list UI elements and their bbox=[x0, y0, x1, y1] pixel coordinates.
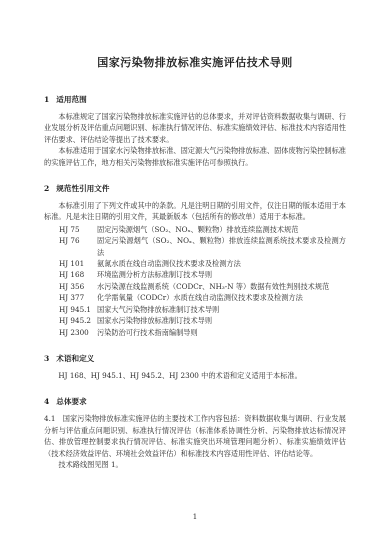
section-terms-definitions: 3术语和定义 HJ 168、HJ 945.1、HJ 945.2、HJ 2300 … bbox=[44, 353, 346, 381]
section-number: 4 bbox=[44, 397, 49, 406]
section-title: 规范性引用文件 bbox=[56, 184, 109, 193]
reference-item: HJ 76 固定污染源烟气（SO₂、NOₓ、颗粒物）排放连续监测系统技术要求及检… bbox=[44, 235, 346, 258]
reference-list: HJ 75 固定污染源烟气（SO₂、NOₓ、颗粒物）排放连续监测技术规范 HJ … bbox=[44, 224, 346, 338]
reference-item: HJ 75 固定污染源烟气（SO₂、NOₓ、颗粒物）排放连续监测技术规范 bbox=[44, 224, 346, 235]
paragraph: 本标准引用了下列文件或其中的条款。凡是注明日期的引用文件，仅注日期的版本适用于本… bbox=[44, 200, 346, 223]
paragraph: 本标准适用于国家水污染物排放标准、固定源大气污染物排放标准、固体废物污染控制标准… bbox=[44, 145, 346, 168]
reference-title: 固定污染源烟气（SO₂、NOₓ、颗粒物）排放连续监测技术规范 bbox=[97, 224, 346, 235]
reference-title: 污染防治可行技术指南编制导则 bbox=[97, 327, 346, 338]
section-scope: 1适用范围 本标准规定了国家污染物排放标准实施评估的总体要求，并对评估资料数据收… bbox=[44, 94, 346, 168]
reference-title: 固定污染源烟气（SO₂、NOₓ、颗粒物）排放连续监测系统技术要求及检测方法 bbox=[97, 235, 346, 258]
section-title: 适用范围 bbox=[56, 95, 86, 104]
document-title: 国家污染物排放标准实施评估技术导则 bbox=[44, 0, 346, 70]
reference-code: HJ 75 bbox=[59, 224, 97, 235]
document-page: 国家污染物排放标准实施评估技术导则 1适用范围 本标准规定了国家污染物排放标准实… bbox=[0, 0, 390, 551]
paragraph: 本标准规定了国家污染物排放标准实施评估的总体要求，并对评估资料数据收集与调研、行… bbox=[44, 111, 346, 145]
reference-item: HJ 168 环境监测分析方法标准制订技术导则 bbox=[44, 269, 346, 280]
reference-code: HJ 945.1 bbox=[59, 304, 97, 315]
reference-title: 国家大气污染物排放标准制订技术导则 bbox=[97, 304, 346, 315]
reference-code: HJ 2300 bbox=[59, 327, 97, 338]
section-heading-terms: 3术语和定义 bbox=[44, 353, 346, 364]
reference-code: HJ 356 bbox=[59, 281, 97, 292]
page-number: 1 bbox=[0, 513, 390, 521]
reference-title: 环境监测分析方法标准制订技术导则 bbox=[97, 269, 346, 280]
reference-title: 国家水污染物排放标准制订技术导则 bbox=[97, 315, 346, 326]
section-heading-general: 4总体要求 bbox=[44, 396, 346, 407]
reference-item: HJ 356 水污染源在线监测系统（CODCr、NH₃-N 等）数据有效性判别技… bbox=[44, 281, 346, 292]
reference-item: HJ 945.1 国家大气污染物排放标准制订技术导则 bbox=[44, 304, 346, 315]
section-number: 2 bbox=[44, 184, 49, 193]
section-normative-references: 2规范性引用文件 本标准引用了下列文件或其中的条款。凡是注明日期的引用文件，仅注… bbox=[44, 183, 346, 338]
section-title: 术语和定义 bbox=[56, 354, 94, 363]
reference-title: 水污染源在线监测系统（CODCr、NH₃-N 等）数据有效性判别技术规范 bbox=[97, 281, 346, 292]
reference-title: 氨氮水质在线自动监测仪技术要求及检测方法 bbox=[97, 258, 346, 269]
reference-code: HJ 101 bbox=[59, 258, 97, 269]
reference-title: 化学需氧量（CODCr）水质在线自动监测仪技术要求及检测方法 bbox=[97, 292, 346, 303]
reference-code: HJ 76 bbox=[59, 235, 97, 246]
reference-item: HJ 2300 污染防治可行技术指南编制导则 bbox=[44, 327, 346, 338]
paragraph: 技术路线图见图 1。 bbox=[44, 459, 346, 470]
section-title: 总体要求 bbox=[56, 397, 86, 406]
section-heading-references: 2规范性引用文件 bbox=[44, 183, 346, 194]
section-number: 3 bbox=[44, 354, 49, 363]
section-general-requirements: 4总体要求 4.1 国家污染物排放标准实施评估的主要技术工作内容包括：资料数据收… bbox=[44, 396, 346, 470]
paragraph-clause-4-1: 4.1 国家污染物排放标准实施评估的主要技术工作内容包括：资料数据收集与调研、行… bbox=[44, 413, 346, 459]
reference-code: HJ 168 bbox=[59, 269, 97, 280]
reference-code: HJ 377 bbox=[59, 292, 97, 303]
reference-item: HJ 377 化学需氧量（CODCr）水质在线自动监测仪技术要求及检测方法 bbox=[44, 292, 346, 303]
section-heading-scope: 1适用范围 bbox=[44, 94, 346, 105]
reference-item: HJ 945.2 国家水污染物排放标准制订技术导则 bbox=[44, 315, 346, 326]
reference-code: HJ 945.2 bbox=[59, 315, 97, 326]
paragraph: HJ 168、HJ 945.1、HJ 945.2、HJ 2300 中的术语和定义… bbox=[44, 370, 346, 381]
reference-item: HJ 101 氨氮水质在线自动监测仪技术要求及检测方法 bbox=[44, 258, 346, 269]
section-number: 1 bbox=[44, 95, 49, 104]
